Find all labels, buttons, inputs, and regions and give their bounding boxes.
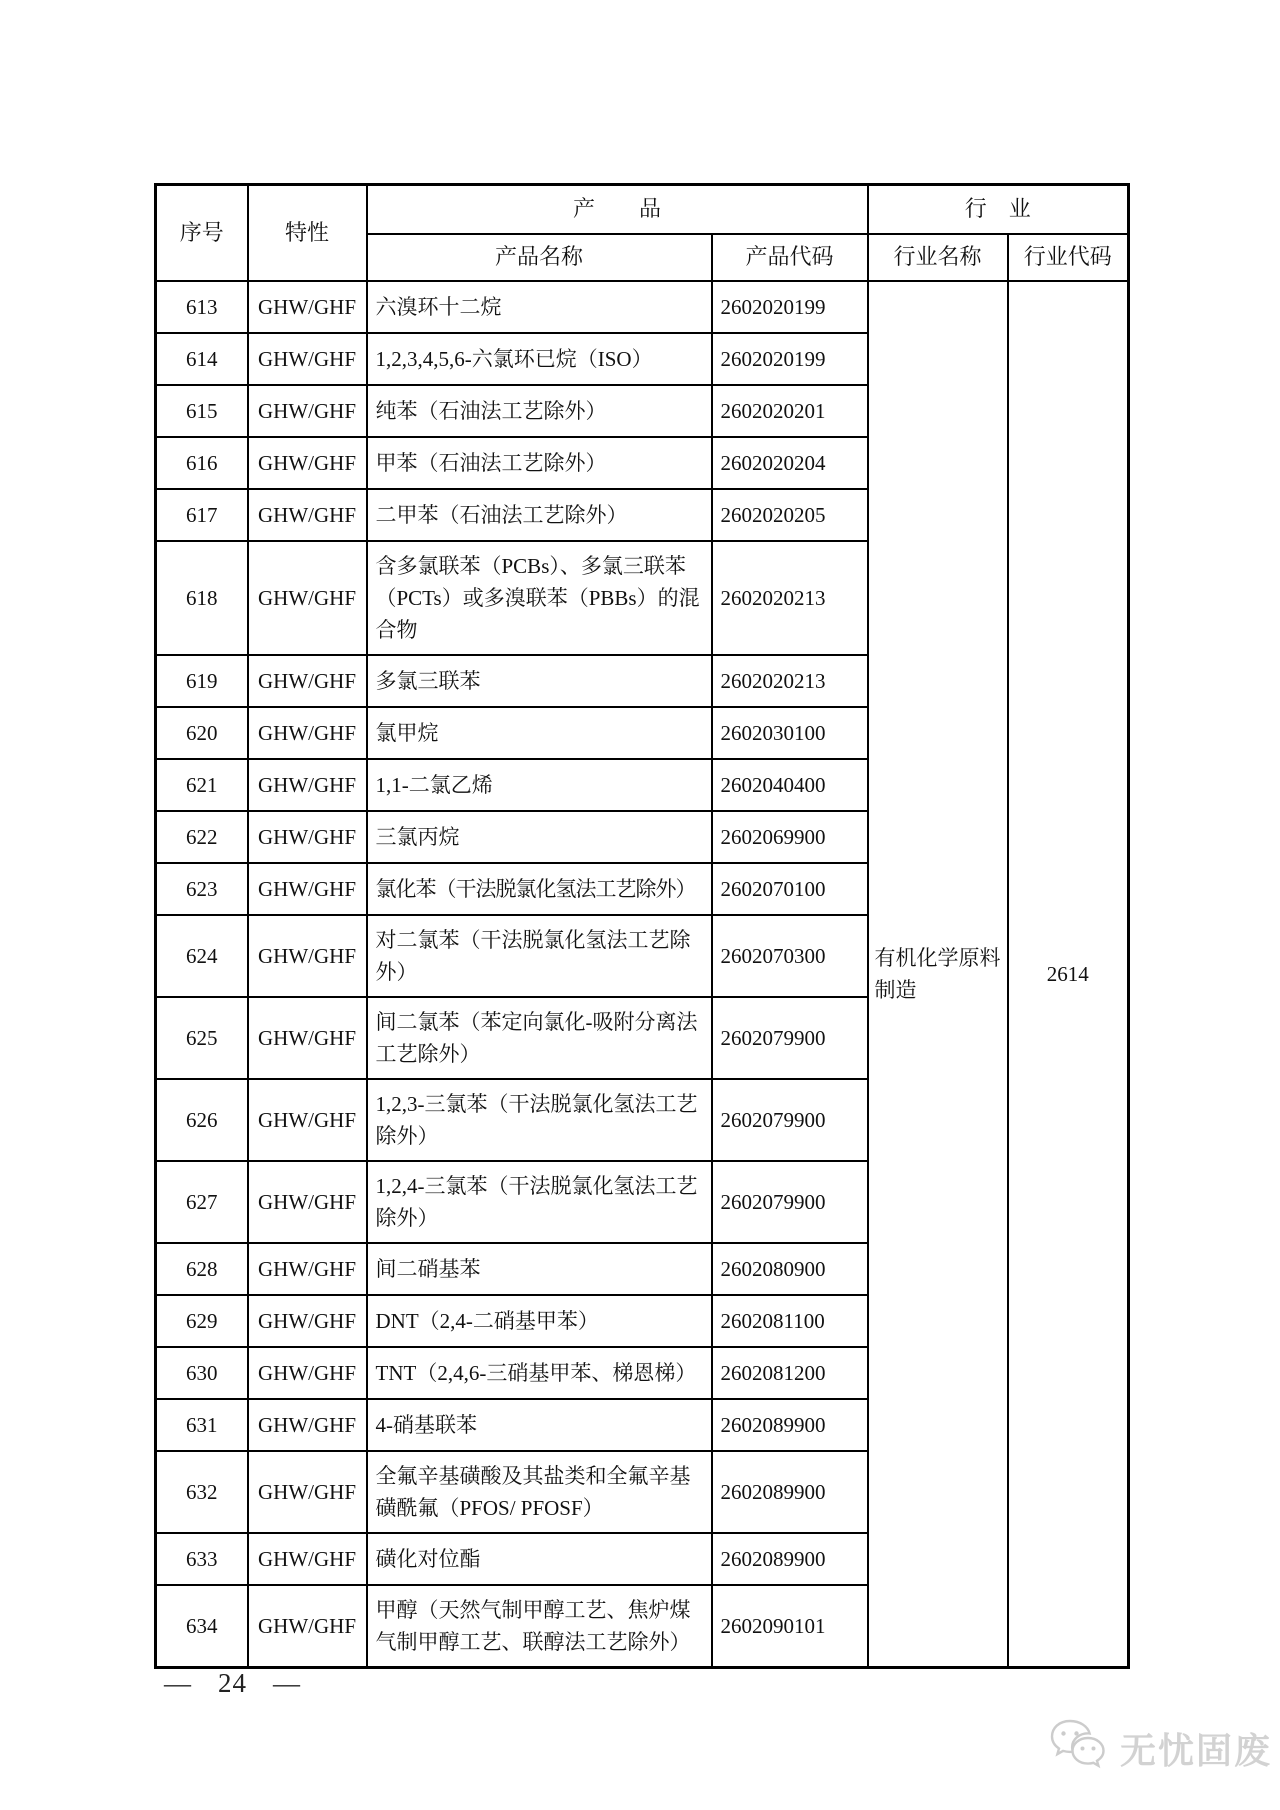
- cell-seq: 627: [156, 1161, 248, 1243]
- cell-attr: GHW/GHF: [248, 1161, 367, 1243]
- cell-product-name: 4-硝基联苯: [367, 1399, 712, 1451]
- cell-product-code: 2602030100: [712, 707, 868, 759]
- cell-attr: GHW/GHF: [248, 385, 367, 437]
- header-product-name: 产品名称: [367, 234, 712, 281]
- cell-product-code: 2602090101: [712, 1585, 868, 1668]
- cell-product-code: 2602020204: [712, 437, 868, 489]
- table-row: 613 GHW/GHF 六溴环十二烷 2602020199 有机化学原料制造26…: [156, 281, 1129, 333]
- wechat-bubbles-icon: [1048, 1718, 1110, 1779]
- footer-dash-left: —: [164, 1668, 192, 1699]
- cell-product-code: 2602079900: [712, 997, 868, 1079]
- cell-seq: 629: [156, 1295, 248, 1347]
- cell-product-name: 1,2,3,4,5,6-六氯环已烷（ISO）: [367, 333, 712, 385]
- cell-product-name: 甲苯（石油法工艺除外）: [367, 437, 712, 489]
- cell-attr: GHW/GHF: [248, 655, 367, 707]
- table-header: 序号 特性 产 品 行 业 产品名称 产品代码 行业名称 行业代码: [156, 185, 1129, 281]
- cell-seq: 632: [156, 1451, 248, 1533]
- cell-seq: 619: [156, 655, 248, 707]
- cell-attr: GHW/GHF: [248, 281, 367, 333]
- cell-product-code: 2602079900: [712, 1161, 868, 1243]
- cell-product-name: 三氯丙烷: [367, 811, 712, 863]
- cell-product-code: 2602069900: [712, 811, 868, 863]
- cell-product-code: 2602081100: [712, 1295, 868, 1347]
- cell-attr: GHW/GHF: [248, 707, 367, 759]
- cell-product-name: TNT（2,4,6-三硝基甲苯、梯恩梯）: [367, 1347, 712, 1399]
- cell-seq: 613: [156, 281, 248, 333]
- header-group-product: 产 品: [367, 185, 868, 234]
- cell-product-name: 含多氯联苯（PCBs）、多氯三联苯（PCTs）或多溴联苯（PBBs）的混合物: [367, 541, 712, 655]
- cell-product-name: 纯苯（石油法工艺除外）: [367, 385, 712, 437]
- cell-product-name: DNT（2,4-二硝基甲苯）: [367, 1295, 712, 1347]
- header-industry-code: 行业代码: [1008, 234, 1129, 281]
- cell-industry-name: 有机化学原料制造: [868, 281, 1008, 1668]
- cell-seq: 630: [156, 1347, 248, 1399]
- cell-product-code: 2602089900: [712, 1533, 868, 1585]
- cell-seq: 621: [156, 759, 248, 811]
- cell-product-name: 多氯三联苯: [367, 655, 712, 707]
- cell-product-name: 全氟辛基磺酸及其盐类和全氟辛基磺酰氟（PFOS/ PFOSF）: [367, 1451, 712, 1533]
- cell-attr: GHW/GHF: [248, 1079, 367, 1161]
- cell-attr: GHW/GHF: [248, 1399, 367, 1451]
- cell-attr: GHW/GHF: [248, 489, 367, 541]
- cell-attr: GHW/GHF: [248, 1347, 367, 1399]
- cell-product-name: 对二氯苯（干法脱氯化氢法工艺除外）: [367, 915, 712, 997]
- cell-attr: GHW/GHF: [248, 1585, 367, 1668]
- cell-seq: 616: [156, 437, 248, 489]
- cell-seq: 634: [156, 1585, 248, 1668]
- footer-dash-right: —: [273, 1668, 301, 1699]
- cell-product-name: 1,2,3-三氯苯（干法脱氯化氢法工艺除外）: [367, 1079, 712, 1161]
- cell-attr: GHW/GHF: [248, 997, 367, 1079]
- cell-attr: GHW/GHF: [248, 915, 367, 997]
- cell-seq: 623: [156, 863, 248, 915]
- cell-seq: 628: [156, 1243, 248, 1295]
- cell-seq: 614: [156, 333, 248, 385]
- cell-product-name: 磺化对位酯: [367, 1533, 712, 1585]
- page-footer: —24—: [164, 1668, 301, 1699]
- cell-product-name: 1,2,4-三氯苯（干法脱氯化氢法工艺除外）: [367, 1161, 712, 1243]
- watermark: 无忧固废: [1048, 1718, 1272, 1779]
- page-number: 24: [218, 1668, 247, 1699]
- header-seq: 序号: [156, 185, 248, 281]
- cell-seq: 631: [156, 1399, 248, 1451]
- cell-seq: 618: [156, 541, 248, 655]
- cell-product-name: 间二硝基苯: [367, 1243, 712, 1295]
- cell-attr: GHW/GHF: [248, 541, 367, 655]
- cell-product-code: 2602020199: [712, 281, 868, 333]
- cell-attr: GHW/GHF: [248, 437, 367, 489]
- cell-product-code: 2602089900: [712, 1451, 868, 1533]
- cell-product-code: 2602080900: [712, 1243, 868, 1295]
- cell-seq: 626: [156, 1079, 248, 1161]
- cell-product-code: 2602020205: [712, 489, 868, 541]
- cell-product-code: 2602081200: [712, 1347, 868, 1399]
- cell-product-name: 六溴环十二烷: [367, 281, 712, 333]
- cell-product-name: 1,1-二氯乙烯: [367, 759, 712, 811]
- cell-seq: 624: [156, 915, 248, 997]
- cell-product-name: 氯化苯（干法脱氯化氢法工艺除外）: [367, 863, 712, 915]
- cell-product-name: 间二氯苯（苯定向氯化-吸附分离法工艺除外）: [367, 997, 712, 1079]
- cell-product-code: 2602020213: [712, 541, 868, 655]
- cell-seq: 615: [156, 385, 248, 437]
- header-product-code: 产品代码: [712, 234, 868, 281]
- cell-attr: GHW/GHF: [248, 1533, 367, 1585]
- cell-industry-code: 2614: [1008, 281, 1129, 1668]
- header-industry-name: 行业名称: [868, 234, 1008, 281]
- header-row-groups: 序号 特性 产 品 行 业: [156, 185, 1129, 234]
- cell-product-code: 2602020199: [712, 333, 868, 385]
- cell-seq: 617: [156, 489, 248, 541]
- product-industry-table: 序号 特性 产 品 行 业 产品名称 产品代码 行业名称 行业代码 613 GH…: [154, 183, 1130, 1669]
- cell-seq: 633: [156, 1533, 248, 1585]
- header-group-industry: 行 业: [868, 185, 1129, 234]
- cell-product-code: 2602020213: [712, 655, 868, 707]
- cell-product-code: 2602089900: [712, 1399, 868, 1451]
- cell-product-name: 二甲苯（石油法工艺除外）: [367, 489, 712, 541]
- cell-attr: GHW/GHF: [248, 811, 367, 863]
- header-attr: 特性: [248, 185, 367, 281]
- cell-product-code: 2602040400: [712, 759, 868, 811]
- table-body: 613 GHW/GHF 六溴环十二烷 2602020199 有机化学原料制造26…: [156, 281, 1129, 1668]
- cell-attr: GHW/GHF: [248, 1243, 367, 1295]
- cell-attr: GHW/GHF: [248, 759, 367, 811]
- cell-attr: GHW/GHF: [248, 863, 367, 915]
- cell-product-code: 2602070100: [712, 863, 868, 915]
- cell-attr: GHW/GHF: [248, 1451, 367, 1533]
- cell-product-code: 2602079900: [712, 1079, 868, 1161]
- cell-seq: 622: [156, 811, 248, 863]
- cell-attr: GHW/GHF: [248, 333, 367, 385]
- cell-product-name: 氯甲烷: [367, 707, 712, 759]
- cell-seq: 620: [156, 707, 248, 759]
- cell-product-name: 甲醇（天然气制甲醇工艺、焦炉煤气制甲醇工艺、联醇法工艺除外）: [367, 1585, 712, 1668]
- cell-product-code: 2602020201: [712, 385, 868, 437]
- watermark-text: 无忧固废: [1120, 1723, 1272, 1774]
- cell-seq: 625: [156, 997, 248, 1079]
- cell-product-code: 2602070300: [712, 915, 868, 997]
- cell-attr: GHW/GHF: [248, 1295, 367, 1347]
